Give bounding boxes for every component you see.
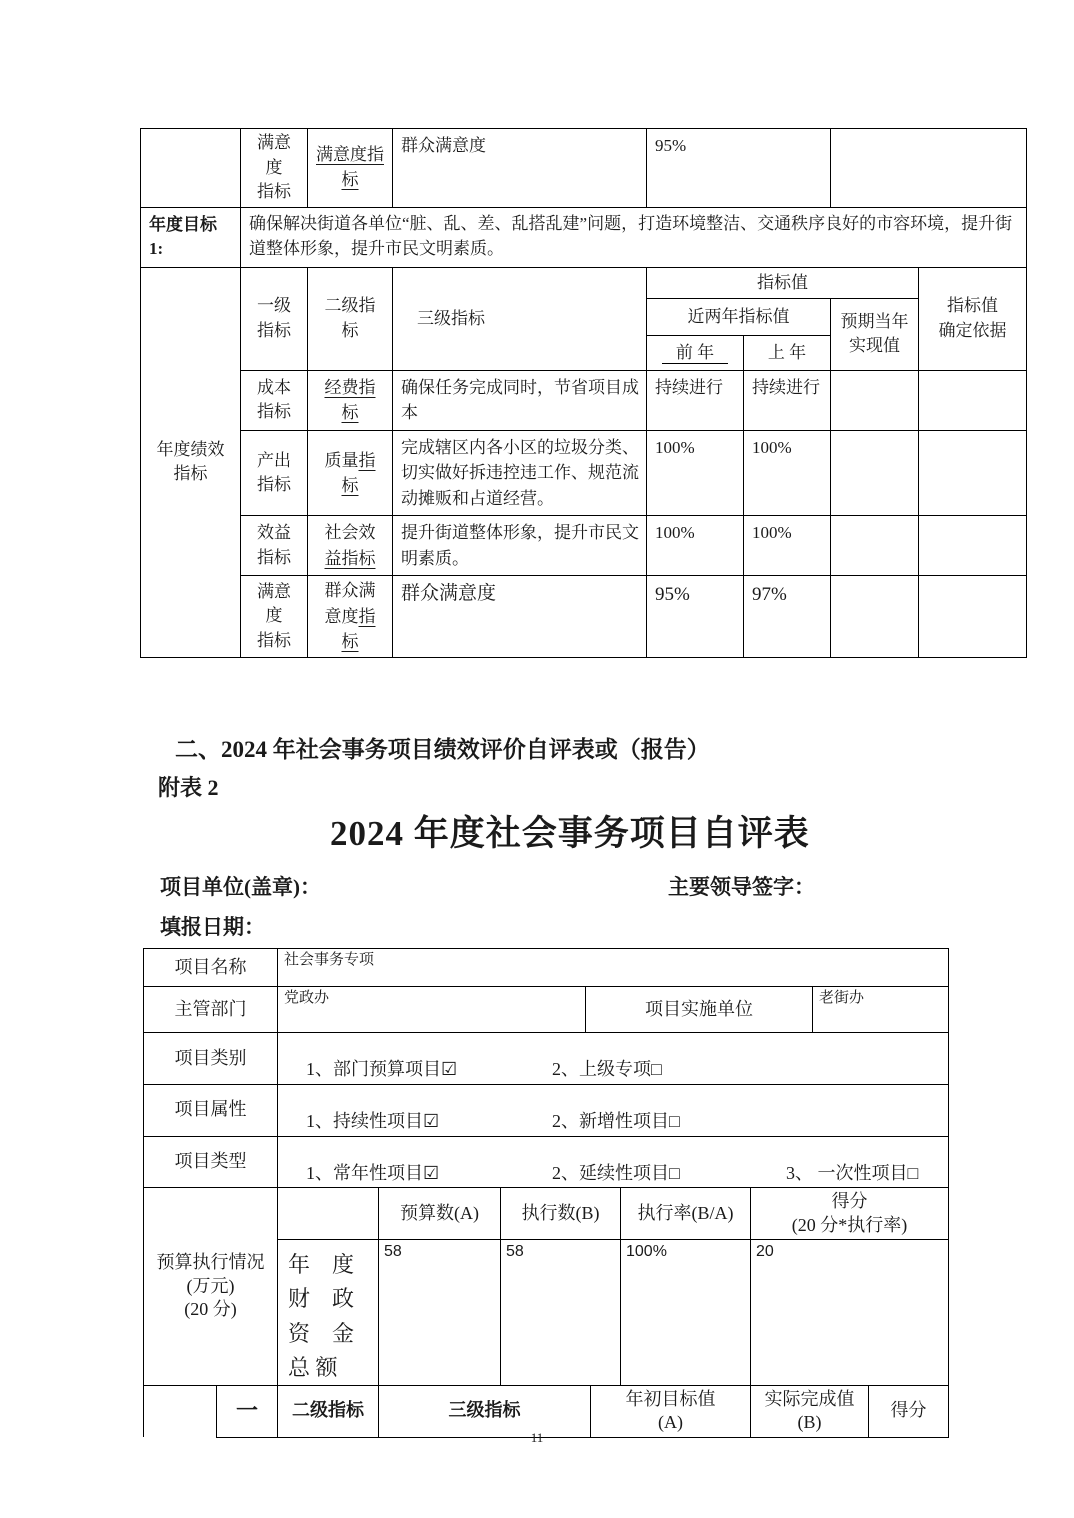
empty-cell: [141, 129, 241, 208]
prev-year-value: 持续进行: [647, 370, 744, 430]
basis-header: 指标值 确定依据: [919, 267, 1027, 370]
implementing-unit-label: 项目实施单位: [586, 987, 813, 1033]
category-option-1: 1、部门预算项目☑: [306, 1058, 552, 1081]
prev-year-value: 100%: [647, 516, 744, 576]
annual-performance-indicator-table: 满意 度 指标 满意度指标 群众满意度 95% 年度目标 1: 确保解决街道各单…: [140, 128, 1027, 658]
underlined-term: 益指标: [325, 549, 376, 568]
type-option-1: 1、常年性项目☑: [306, 1162, 552, 1185]
level1-cell: 产出 指标: [241, 430, 308, 516]
indicator-row-output: 产出 指标 质量指标 完成辖区内各小区的垃圾分类、切实做好拆违控违工作、规范流动…: [141, 430, 1027, 516]
level2-cell: 群众满意度指标: [308, 576, 393, 658]
basis-value: [919, 430, 1027, 516]
level1-cell: 满意 度 指标: [241, 576, 308, 658]
expected-value: [831, 516, 919, 576]
project-unit-label: 项目单位(盖章)：: [160, 871, 321, 901]
annual-goal-label: 年度目标 1:: [141, 207, 241, 267]
level2-cell: 质量指标: [308, 430, 393, 516]
type-options: 1、常年性项目☑2、延续性项目□3、 一次性项目□: [278, 1136, 949, 1188]
attribute-label: 项目属性: [144, 1084, 278, 1136]
fill-date-label: 填报日期：: [160, 911, 265, 941]
last-year-value: 100%: [744, 430, 831, 516]
level2-cell: 经费指标: [308, 370, 393, 430]
implementing-unit-value: 老街办: [813, 987, 949, 1033]
satisfaction-level1-cell: 满意 度 指标: [241, 129, 308, 208]
project-name-row: 项目名称 社会事务专项: [144, 949, 949, 987]
last-year-value: 97%: [744, 576, 831, 658]
satisfaction-level3-cell: 群众满意度: [393, 129, 647, 208]
appendix-label: 附表 2: [158, 771, 219, 802]
expected-value: [831, 430, 919, 516]
group-label-cell: 年度绩效 指标: [141, 267, 241, 657]
recent-years-header: 近两年指标值: [647, 298, 831, 335]
level2-header: 二级指 标: [308, 267, 393, 370]
underlined-term: 经费指标: [325, 378, 376, 423]
type-option-3: 3、 一次性项目□: [786, 1163, 918, 1183]
prev-year-header: 前 年: [647, 335, 744, 370]
execution-rate-value: 100%: [621, 1240, 751, 1385]
category-label: 项目类别: [144, 1033, 278, 1085]
execution-rate-header: 执行率(B/A): [621, 1188, 751, 1240]
table-row: 年度目标 1: 确保解决街道各单位“脏、乱、差、乱搭乱建”问题，打造环境整洁、交…: [141, 207, 1027, 267]
table-row: 满意 度 指标 满意度指标 群众满意度 95%: [141, 129, 1027, 208]
last-year-value: 100%: [744, 516, 831, 576]
empty-cell: [831, 129, 1027, 208]
type-label: 项目类型: [144, 1136, 278, 1188]
expected-header: 预期当年实现值: [831, 298, 919, 370]
budget-execution-label: 预算执行情况 (万元) (20 分): [144, 1188, 278, 1385]
page-number: 11: [0, 1430, 1074, 1446]
department-row: 主管部门 党政办 项目实施单位 老街办: [144, 987, 949, 1033]
expected-value: [831, 576, 919, 658]
category-row: 项目类别 1、部门预算项目☑2、上级专项□: [144, 1033, 949, 1085]
indicator-row-cost: 成本 指标 经费指标 确保任务完成同时，节省项目成本 持续进行 持续进行: [141, 370, 1027, 430]
document-page: 满意 度 指标 满意度指标 群众满意度 95% 年度目标 1: 确保解决街道各单…: [0, 0, 1074, 1518]
indicator-row-satisfaction: 满意 度 指标 群众满意度指标 群众满意度 95% 97%: [141, 576, 1027, 658]
level3-cell: 群众满意度: [393, 576, 647, 658]
execution-amount-header: 执行数(B): [501, 1188, 621, 1240]
project-name-label: 项目名称: [144, 949, 278, 987]
attribute-row: 项目属性 1、持续性项目☑2、新增性项目□: [144, 1084, 949, 1136]
department-value: 党政办: [278, 987, 586, 1033]
level3-cell: 提升街道整体形象，提升市民文明素质。: [393, 516, 647, 576]
empty-cell: [278, 1188, 379, 1240]
level1-header: 一级 指标: [241, 267, 308, 370]
level1-cell: 效益 指标: [241, 516, 308, 576]
level2-cell: 社会效益指标: [308, 516, 393, 576]
score-header: 得分 (20 分*执行率): [751, 1188, 949, 1240]
basis-value: [919, 370, 1027, 430]
indicator-row-benefit: 效益 指标 社会效益指标 提升街道整体形象，提升市民文明素质。 100% 100…: [141, 516, 1027, 576]
leader-signature-label: 主要领导签字：: [668, 871, 815, 901]
score-value: 20: [751, 1240, 949, 1385]
expected-value: [831, 370, 919, 430]
annual-goal-text: 确保解决街道各单位“脏、乱、差、乱搭乱建”问题，打造环境整洁、交通秩序良好的市容…: [241, 207, 1027, 267]
attribute-option-1: 1、持续性项目☑: [306, 1110, 552, 1133]
underlined-term: 满意度指标: [316, 145, 384, 189]
level3-cell: 完成辖区内各小区的垃圾分类、切实做好拆违控违工作、规范流动摊贩和占道经营。: [393, 430, 647, 516]
execution-amount-value: 58: [501, 1240, 621, 1385]
prev-year-underline: 前 年: [662, 343, 728, 364]
type-row: 项目类型 1、常年性项目☑2、延续性项目□3、 一次性项目□: [144, 1136, 949, 1188]
section-title: 二、2024 年社会事务项目绩效评价自评表或（报告）: [175, 731, 710, 764]
budget-amount-header: 预算数(A): [379, 1188, 501, 1240]
self-evaluation-table: 项目名称 社会事务专项 主管部门 党政办 项目实施单位 老街办 项目类别 1、部…: [143, 948, 949, 1438]
department-label: 主管部门: [144, 987, 278, 1033]
basis-value: [919, 516, 1027, 576]
prev-year-value: 95%: [647, 576, 744, 658]
budget-amount-value: 58: [379, 1240, 501, 1385]
project-name-value: 社会事务专项: [278, 949, 949, 987]
indicator-value-header: 指标值: [647, 267, 919, 298]
satisfaction-level2-cell: 满意度指标: [308, 129, 393, 208]
term-plain: 质量: [325, 451, 359, 470]
attribute-option-2: 2、新增性项目□: [552, 1110, 786, 1133]
term-plain: 社会效: [325, 523, 376, 542]
attribute-options: 1、持续性项目☑2、新增性项目□: [278, 1084, 949, 1136]
satisfaction-value-cell: 95%: [647, 129, 831, 208]
last-year-header: 上 年: [744, 335, 831, 370]
page-title: 2024 年度社会事务项目自评表: [330, 806, 810, 856]
table-header-row: 年度绩效 指标 一级 指标 二级指 标 三级指标 指标值 指标值 确定依据: [141, 267, 1027, 298]
level1-cell: 成本 指标: [241, 370, 308, 430]
category-options: 1、部门预算项目☑2、上级专项□: [278, 1033, 949, 1085]
category-option-2: 2、上级专项□: [552, 1058, 786, 1081]
level3-cell: 确保任务完成同时，节省项目成本: [393, 370, 647, 430]
type-option-2: 2、延续性项目□: [552, 1162, 786, 1185]
budget-header-row: 预算执行情况 (万元) (20 分) 预算数(A) 执行数(B) 执行率(B/A…: [144, 1188, 949, 1240]
level3-header: 三级指标: [393, 267, 647, 370]
annual-fund-total-label: 年 度 财 政 资 金 总 额: [278, 1240, 379, 1385]
last-year-value: 持续进行: [744, 370, 831, 430]
basis-value: [919, 576, 1027, 658]
prev-year-value: 100%: [647, 430, 744, 516]
